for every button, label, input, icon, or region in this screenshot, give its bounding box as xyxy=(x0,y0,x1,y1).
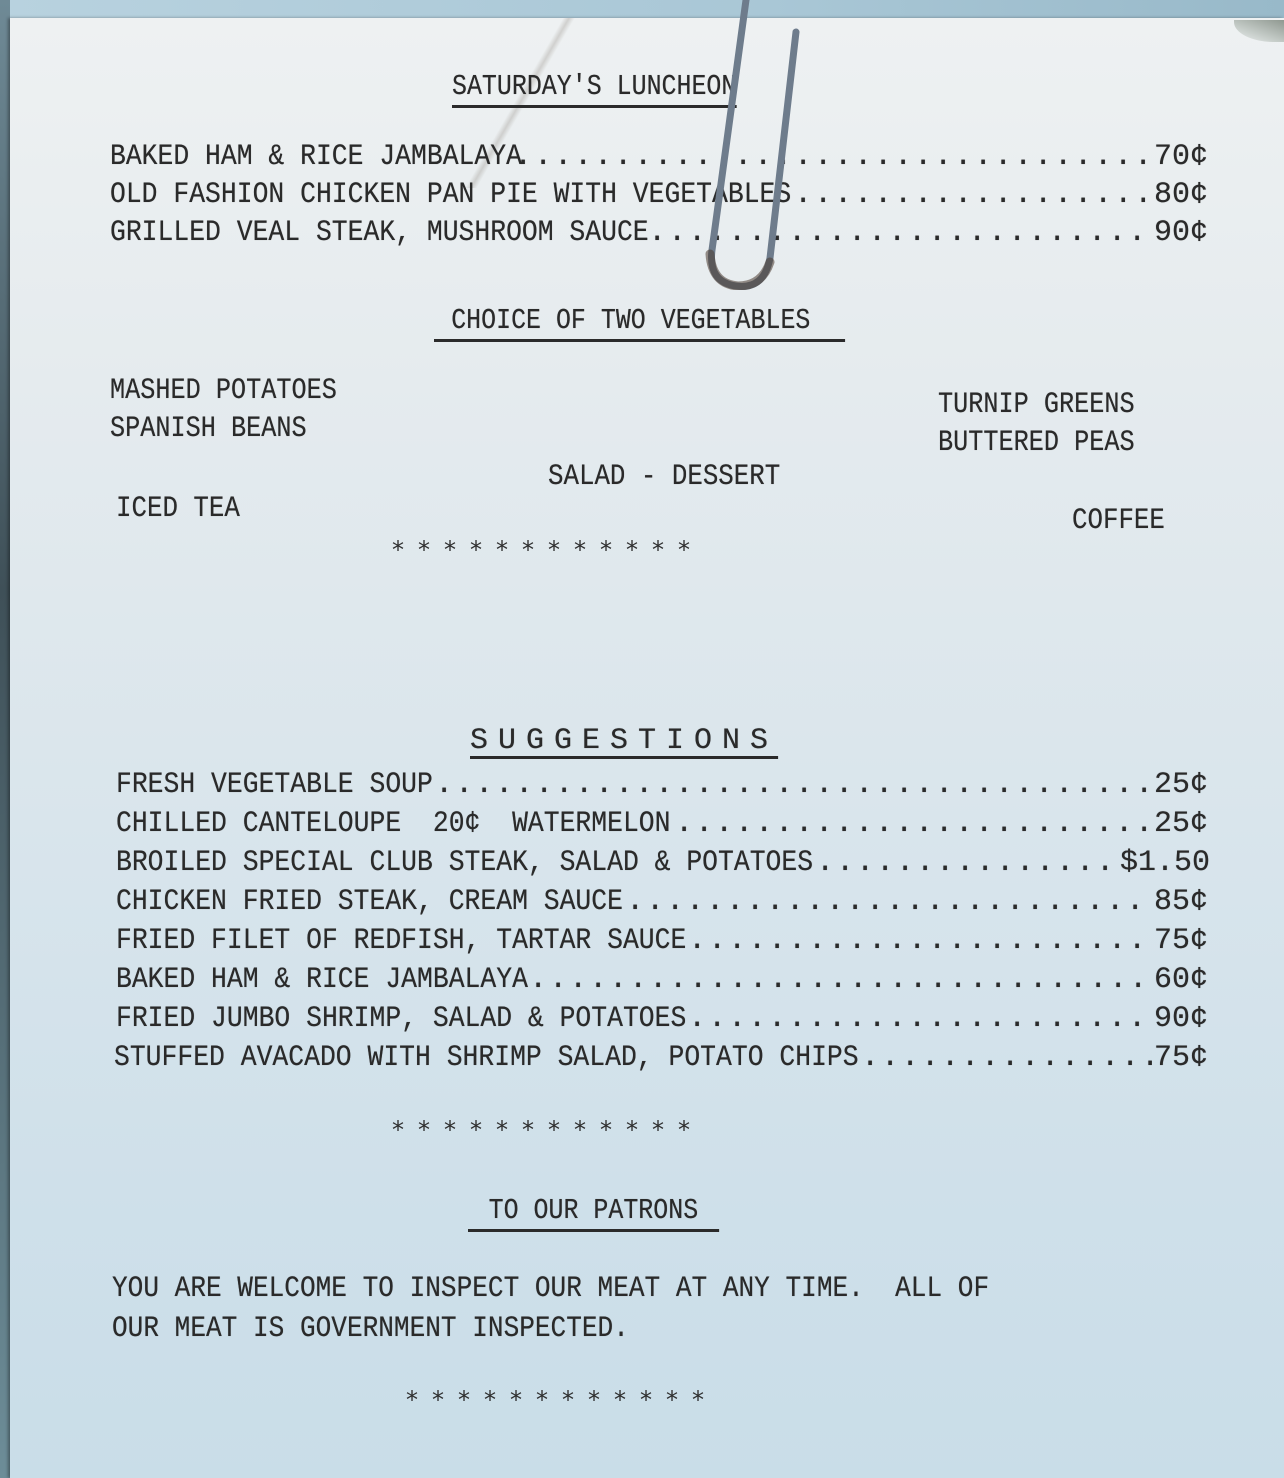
suggestion-item: BROILED SPECIAL CLUB STEAK, SALAD & POTA… xyxy=(116,846,1210,880)
drink-iced-tea: ICED TEA xyxy=(116,492,240,526)
drink-coffee: COFFEE xyxy=(1072,504,1165,538)
vegetable-left-2: SPANISH BEANS xyxy=(110,412,307,446)
dot-leader xyxy=(688,924,1152,958)
item-price: 90¢ xyxy=(1154,1002,1208,1036)
dot-leader xyxy=(816,846,1118,880)
dot-leader xyxy=(688,1002,1152,1036)
vegetables-title: CHOICE OF TWO VEGETABLES xyxy=(434,304,845,342)
item-price: 75¢ xyxy=(1154,1041,1208,1075)
patrons-text-line-1: YOU ARE WELCOME TO INSPECT OUR MEAT AT A… xyxy=(112,1272,989,1306)
item-name: GRILLED VEAL STEAK, MUSHROOM SAUCE xyxy=(110,216,649,250)
patrons-title: TO OUR PATRONS xyxy=(468,1194,719,1232)
item-price: 70¢ xyxy=(1154,140,1208,174)
item-name: CHICKEN FRIED STEAK, CREAM SAUCE xyxy=(116,885,623,919)
suggestion-item: CHILLED CANTELOUPE 20¢ WATERMELON 25¢ xyxy=(116,807,1208,841)
dot-leader xyxy=(626,885,1152,919)
item-price: 90¢ xyxy=(1154,216,1208,250)
item-price: 25¢ xyxy=(1154,768,1208,802)
item-name: STUFFED AVACADO WITH SHRIMP SALAD, POTAT… xyxy=(114,1041,859,1075)
item-name: FRESH VEGETABLE SOUP xyxy=(116,768,433,802)
dot-leader xyxy=(861,1041,1152,1075)
patrons-text-line-2: OUR MEAT IS GOVERNMENT INSPECTED. xyxy=(112,1312,629,1346)
item-name: FRIED FILET OF REDFISH, TARTAR SAUCE xyxy=(116,924,686,958)
item-price: 85¢ xyxy=(1154,885,1208,919)
luncheon-item: BAKED HAM & RICE JAMBALAYA 70¢ xyxy=(110,140,1208,174)
asterisk-separator: ************ xyxy=(392,536,704,564)
item-name: CHILLED CANTELOUPE 20¢ WATERMELON xyxy=(116,807,670,841)
dot-leader xyxy=(514,140,1152,174)
salad-dessert: SALAD - DESSERT xyxy=(548,460,780,494)
item-name: FRIED JUMBO SHRIMP, SALAD & POTATOES xyxy=(116,1002,686,1036)
suggestion-item: FRESH VEGETABLE SOUP 25¢ xyxy=(116,768,1208,802)
suggestion-item: FRIED FILET OF REDFISH, TARTAR SAUCE 75¢ xyxy=(116,924,1208,958)
asterisk-separator: ************ xyxy=(392,1116,704,1144)
suggestions-title-text: SUGGESTIONS xyxy=(470,724,778,758)
suggestion-item: CHICKEN FRIED STEAK, CREAM SAUCE 85¢ xyxy=(116,885,1208,919)
dot-leader xyxy=(794,178,1152,212)
paperclip-icon xyxy=(690,0,810,290)
vegetable-left-1: MASHED POTATOES xyxy=(110,374,337,408)
suggestion-item: BAKED HAM & RICE JAMBALAYA 60¢ xyxy=(116,963,1208,997)
item-name: BROILED SPECIAL CLUB STEAK, SALAD & POTA… xyxy=(116,846,813,880)
item-price: 80¢ xyxy=(1154,178,1208,212)
luncheon-item: OLD FASHION CHICKEN PAN PIE WITH VEGETAB… xyxy=(110,178,1208,212)
dot-leader xyxy=(675,807,1152,841)
dot-leader xyxy=(529,963,1152,997)
asterisk-separator: ************ xyxy=(406,1386,718,1414)
item-name: BAKED HAM & RICE JAMBALAYA xyxy=(116,963,528,997)
item-price: 25¢ xyxy=(1154,807,1208,841)
suggestions-title: SUGGESTIONS xyxy=(414,690,778,758)
backdrop-left-edge xyxy=(0,0,10,1478)
luncheon-item: GRILLED VEAL STEAK, MUSHROOM SAUCE 90¢ xyxy=(110,216,1208,250)
item-price: 75¢ xyxy=(1154,924,1208,958)
vegetable-right-1: TURNIP GREENS xyxy=(938,388,1135,422)
dot-leader xyxy=(435,768,1152,802)
vegetable-right-2: BUTTERED PEAS xyxy=(938,426,1135,460)
item-name: BAKED HAM & RICE JAMBALAYA xyxy=(110,140,522,174)
item-price: $1.50 xyxy=(1120,846,1210,880)
suggestion-item: FRIED JUMBO SHRIMP, SALAD & POTATOES 90¢ xyxy=(116,1002,1208,1036)
item-price: 60¢ xyxy=(1154,963,1208,997)
suggestion-item: STUFFED AVACADO WITH SHRIMP SALAD, POTAT… xyxy=(114,1041,1208,1075)
